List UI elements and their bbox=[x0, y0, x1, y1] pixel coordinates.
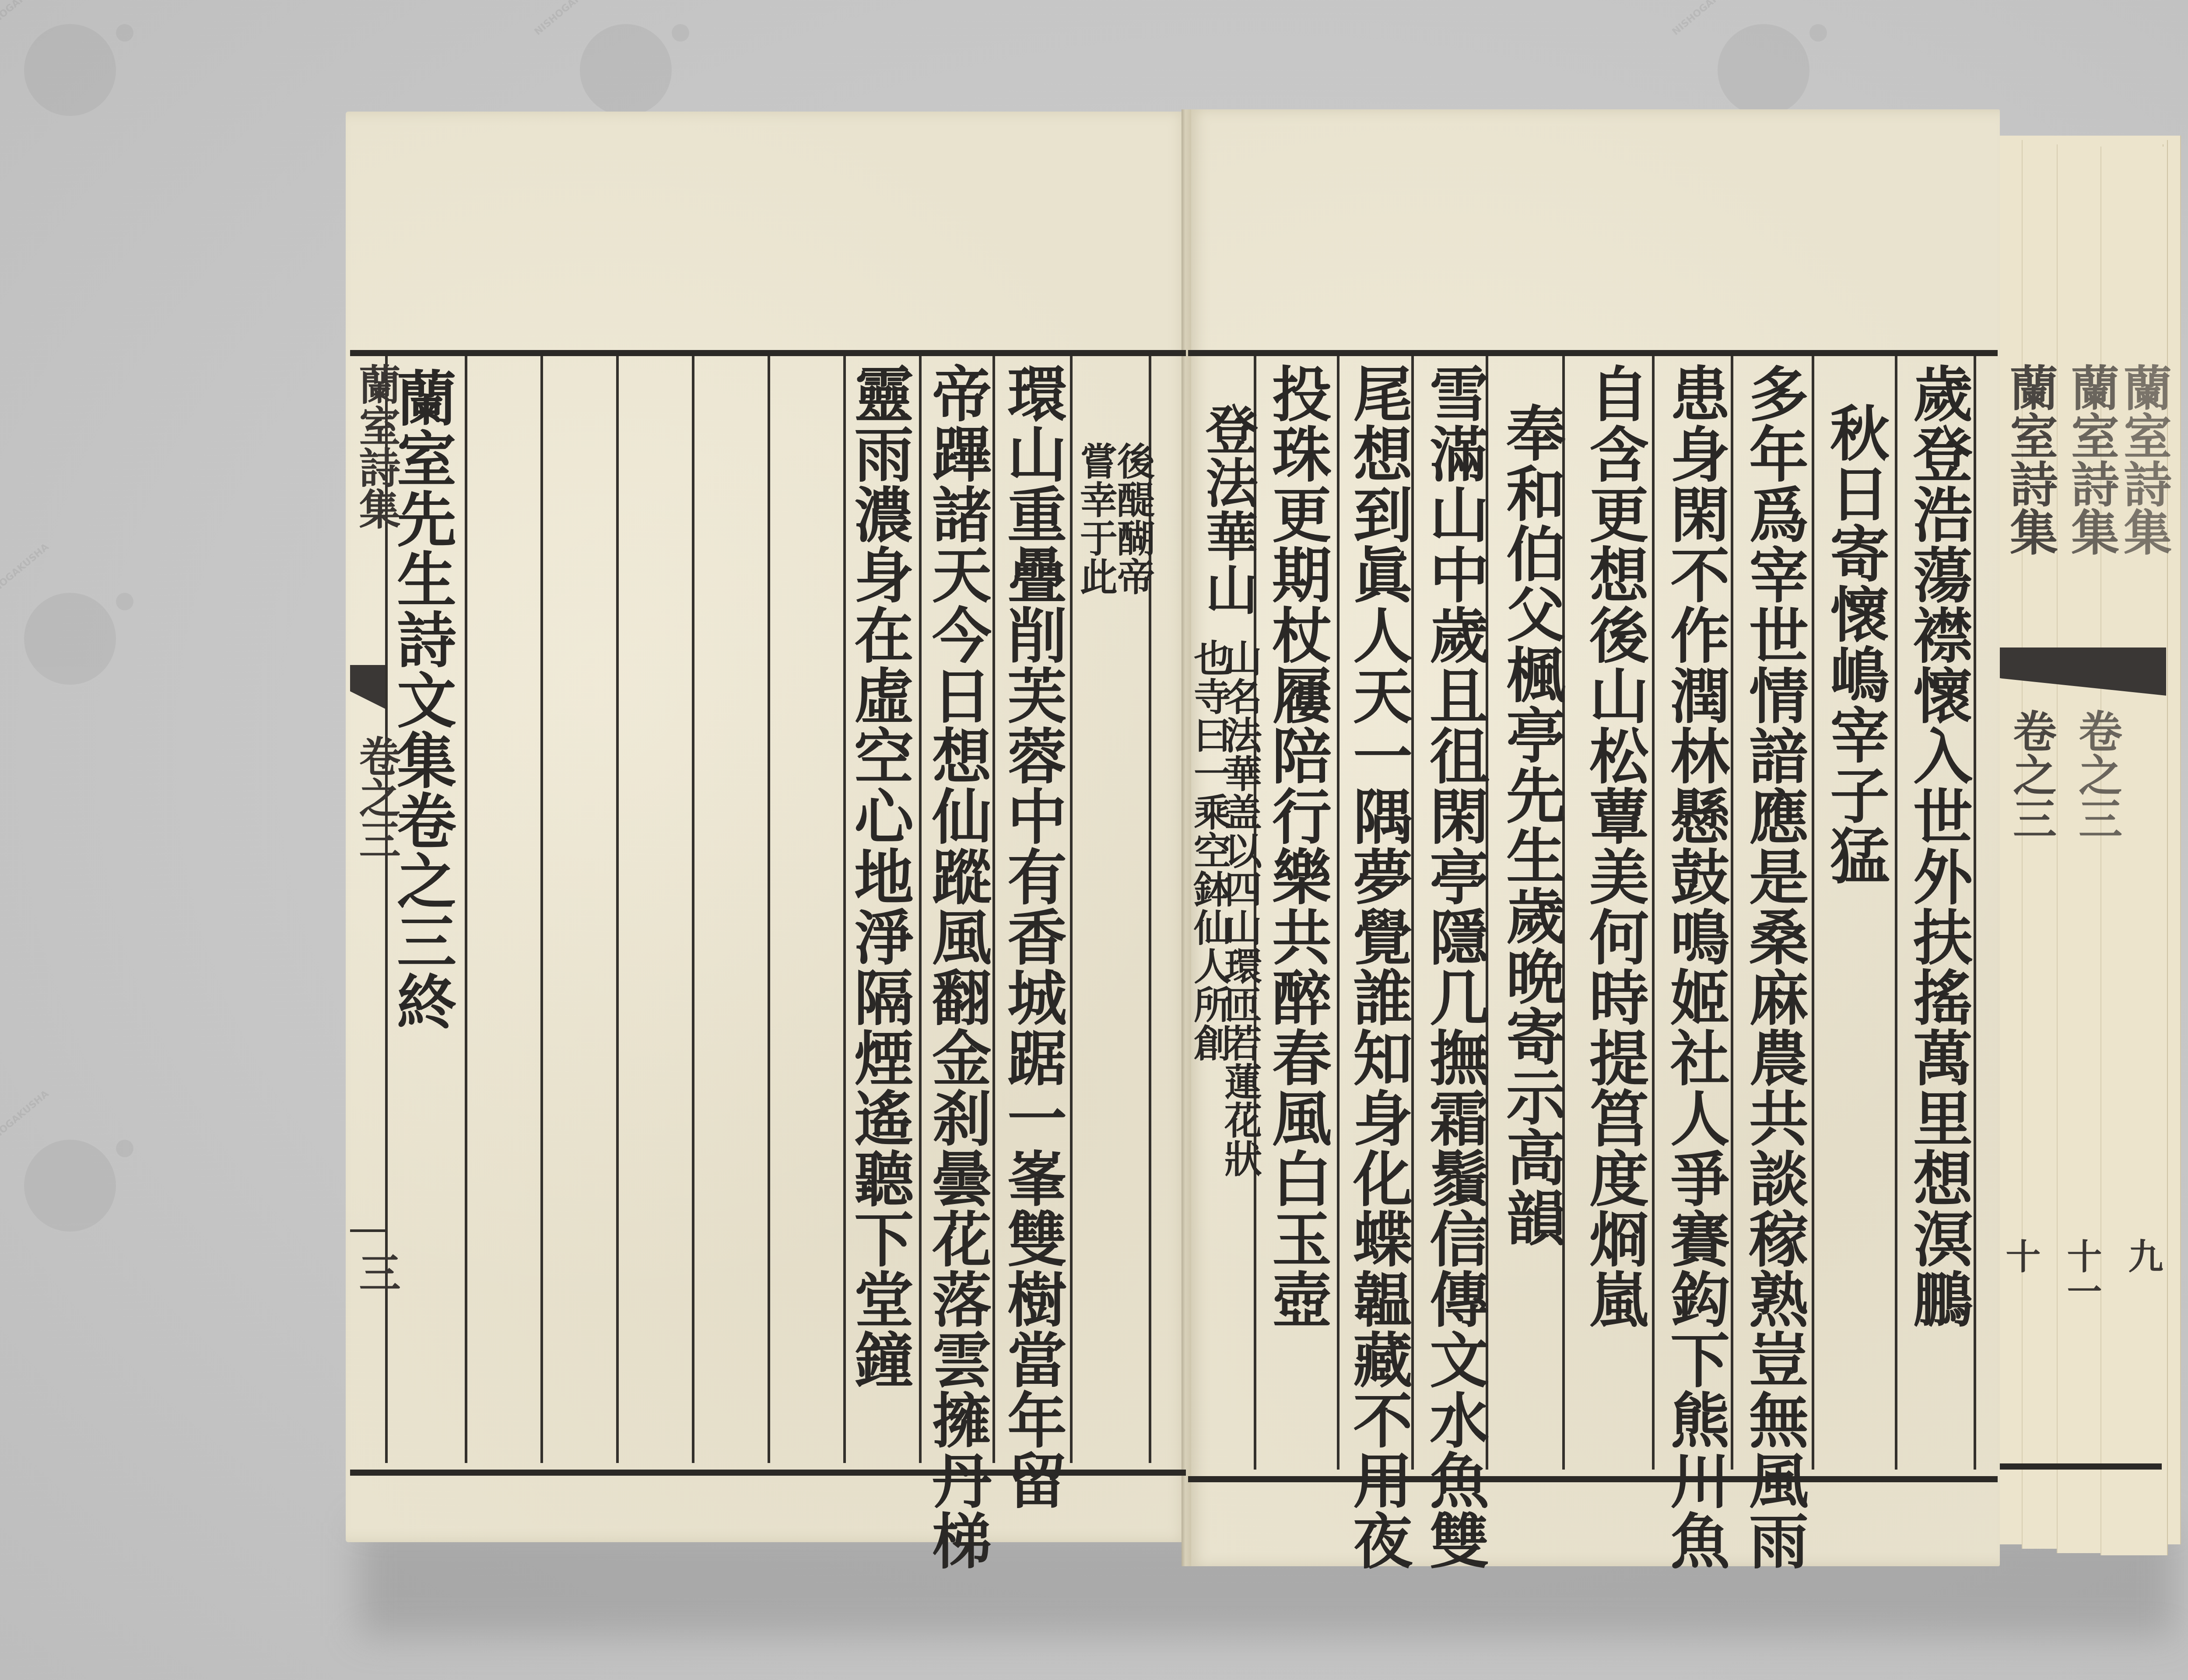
text-column: 靈雨濃身在虛空心地淨隔煙遙聽下堂鐘 bbox=[849, 363, 908, 1389]
nishogakusha-logo-icon bbox=[24, 1140, 116, 1232]
stack-fore-title: 蘭室詩集 bbox=[2109, 363, 2178, 556]
text-column: 蘭室先生詩文集卷之三終 bbox=[392, 367, 451, 1032]
logo-dot-icon bbox=[672, 24, 689, 42]
text-column: 自含更想後山松蕈美何時提筥度烱嵐 bbox=[1584, 363, 1644, 1329]
watermark: NISHOGAKUSHA bbox=[4, 0, 136, 131]
fore-edge-divider bbox=[350, 1229, 385, 1232]
stack-fore-volume: 卷之三 bbox=[2065, 709, 2128, 840]
column-rule bbox=[768, 356, 770, 1463]
column-rule bbox=[692, 356, 694, 1463]
page-stack-edge bbox=[2100, 147, 2168, 1555]
nishogakusha-logo-icon bbox=[24, 24, 116, 116]
text-column: 雪滿山中歲且徂閑亭隱几撫霜鬚信傳文水魚雙 bbox=[1424, 363, 1484, 1571]
text-column: 多年爲宰世情諳應是桑麻農共談稼熟豈無風雨 bbox=[1744, 363, 1803, 1571]
poem-title: 奉和伯父楓亭先生歲晩寄示高韻 bbox=[1501, 402, 1560, 1248]
logo-dot-icon bbox=[116, 1140, 133, 1157]
text-column: 帝蹕諸天今日想仙蹤風翻金刹曇花落雲擁丹梯 bbox=[927, 363, 986, 1571]
column-rule bbox=[992, 356, 995, 1463]
note-line: 嘗幸于此 bbox=[1076, 442, 1114, 596]
stack-fore-volume: 卷之三 bbox=[2000, 709, 2063, 840]
fore-edge-page-number: 三 bbox=[347, 1251, 406, 1293]
column-rule bbox=[1652, 356, 1655, 1470]
nishogakusha-logo-icon bbox=[24, 593, 116, 685]
poem-title: 登法華山 bbox=[1201, 402, 1254, 616]
column-rule bbox=[1337, 356, 1339, 1470]
stack-fore-page: 十 bbox=[1995, 1238, 2046, 1273]
note-line: 後醍醐帝 bbox=[1114, 442, 1151, 596]
text-column: 投珠更期杖屨陪行樂共醉春風白玉壺 bbox=[1267, 363, 1326, 1329]
watermark: NISHOGAKUSHA bbox=[4, 1116, 136, 1247]
stack-fore-page: 十一 bbox=[2057, 1238, 2107, 1308]
stack-fore-page: 九 bbox=[2118, 1238, 2168, 1273]
column-rule bbox=[1974, 356, 1976, 1470]
text-column: 尾想到眞人天一隅夢覺誰知身化蝶韞藏不用夜 bbox=[1348, 363, 1407, 1571]
column-rule bbox=[1812, 356, 1814, 1470]
text-column: 患身閑不作潤林懸鼓鳴姬社人爭賽鈎下熊川魚 bbox=[1665, 363, 1725, 1571]
stack-fore-title: 蘭室詩集 bbox=[1995, 363, 2065, 556]
note-line: 也寺曰一乘空鉢仙人所創 bbox=[1190, 639, 1228, 1062]
text-column: 歲登浩蕩襟懷入世外扶搖萬里想溟鵬 bbox=[1908, 363, 1967, 1329]
column-rule bbox=[540, 356, 543, 1463]
nishogakusha-logo-icon bbox=[1718, 24, 1809, 116]
column-rule bbox=[1070, 356, 1073, 1463]
logo-dot-icon bbox=[116, 593, 133, 610]
column-rule bbox=[465, 356, 467, 1463]
logo-dot-icon bbox=[1809, 24, 1827, 42]
watermark: NISHOGAKUSHA bbox=[4, 569, 136, 700]
column-rule bbox=[1895, 356, 1897, 1470]
logo-dot-icon bbox=[116, 24, 133, 42]
stack-bottom-rule bbox=[1995, 1463, 2162, 1470]
column-rule bbox=[616, 356, 619, 1463]
nishogakusha-logo-icon bbox=[580, 24, 672, 116]
column-rule bbox=[1731, 356, 1733, 1470]
text-column: 環山重疊削芙蓉中有香城踞一峯雙樹當年留 bbox=[1002, 363, 1062, 1510]
poem-title: 秋日寄懷嶋宰子猛 bbox=[1825, 402, 1884, 885]
